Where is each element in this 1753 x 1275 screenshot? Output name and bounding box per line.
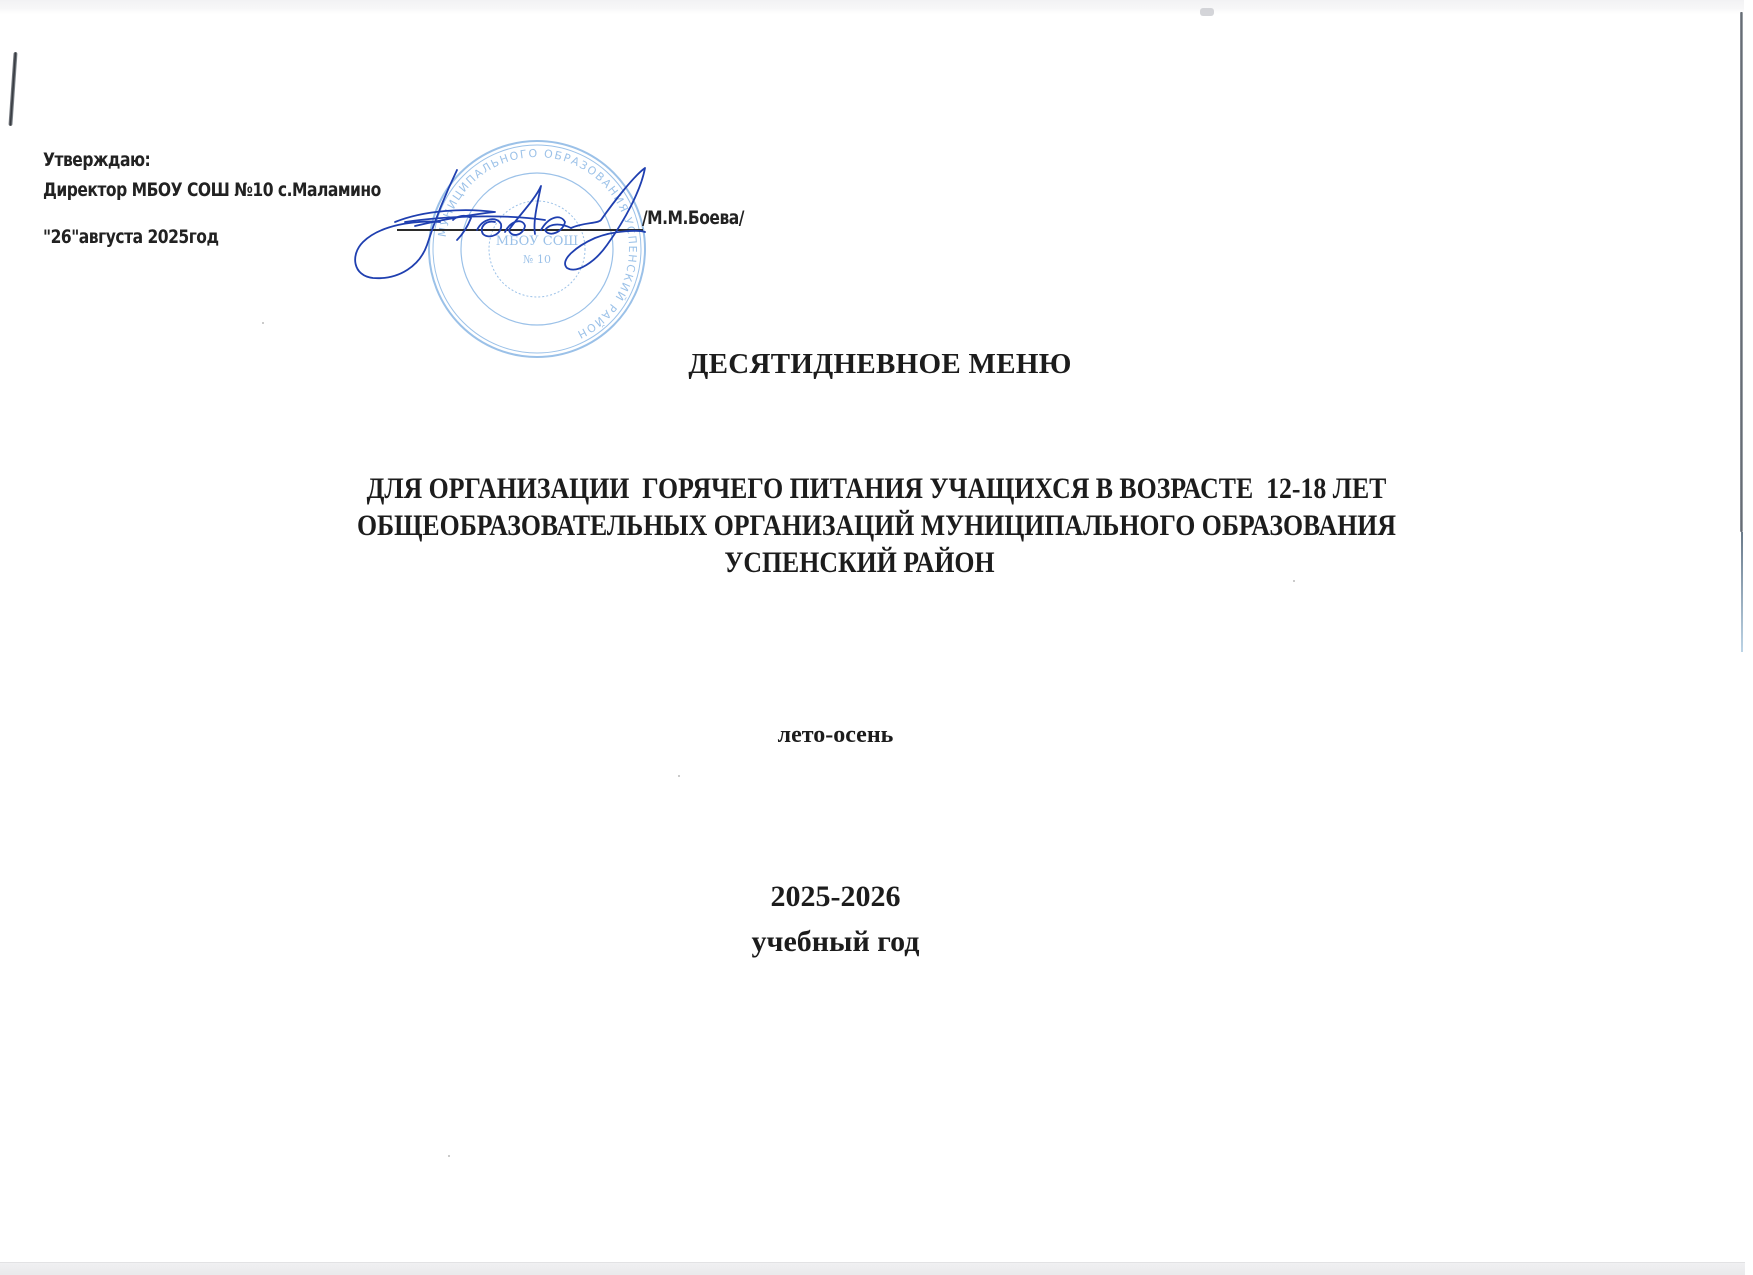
scan-right-gutter (1744, 0, 1753, 1275)
scan-speck (1293, 580, 1295, 582)
scan-bottom-edge (0, 1262, 1745, 1275)
academic-year-label: учебный год (0, 925, 1753, 959)
scan-artifact-staple-mark (8, 52, 17, 126)
subtitle-line-2: ОБЩЕОБРАЗОВАТЕЛЬНЫХ ОРГАНИЗАЦИЙ МУНИЦИПА… (123, 507, 1631, 544)
subtitle-line-1: ДЛЯ ОРГАНИЗАЦИИ ГОРЯЧЕГО ПИТАНИЯ УЧАЩИХС… (123, 470, 1631, 507)
scan-speck (262, 322, 264, 324)
academic-year-label-text: учебный год (752, 925, 920, 959)
scan-artifact-mark (1200, 8, 1214, 16)
document-title: ДЕСЯТИДНЕВНОЕ МЕНЮ (0, 348, 1753, 381)
subtitle-line-3: УСПЕНСКИЙ РАЙОН (91, 544, 1628, 581)
scan-speck (448, 1155, 450, 1157)
academic-year-range: 2025-2026 (0, 880, 1753, 914)
scan-top-edge (0, 0, 1745, 14)
academic-year-range-text: 2025-2026 (771, 880, 901, 914)
approval-label: Утверждаю: (43, 146, 381, 176)
scan-right-edge (1740, 12, 1743, 532)
menu-season: лето-осень (0, 722, 1753, 749)
document-subtitle: ДЛЯ ОРГАНИЗАЦИИ ГОРЯЧЕГО ПИТАНИЯ УЧАЩИХС… (0, 470, 1753, 581)
approval-date: "26"августа 2025год (43, 223, 381, 253)
approval-position: Директор МБОУ СОШ №10 с.Маламино (43, 176, 381, 206)
menu-season-text: лето-осень (778, 722, 894, 749)
scan-speck (678, 775, 680, 777)
handwritten-signature (345, 150, 665, 290)
approval-block: Утверждаю: Директор МБОУ СОШ №10 с.Малам… (43, 146, 381, 253)
document-title-text: ДЕСЯТИДНЕВНОЕ МЕНЮ (688, 348, 1071, 381)
